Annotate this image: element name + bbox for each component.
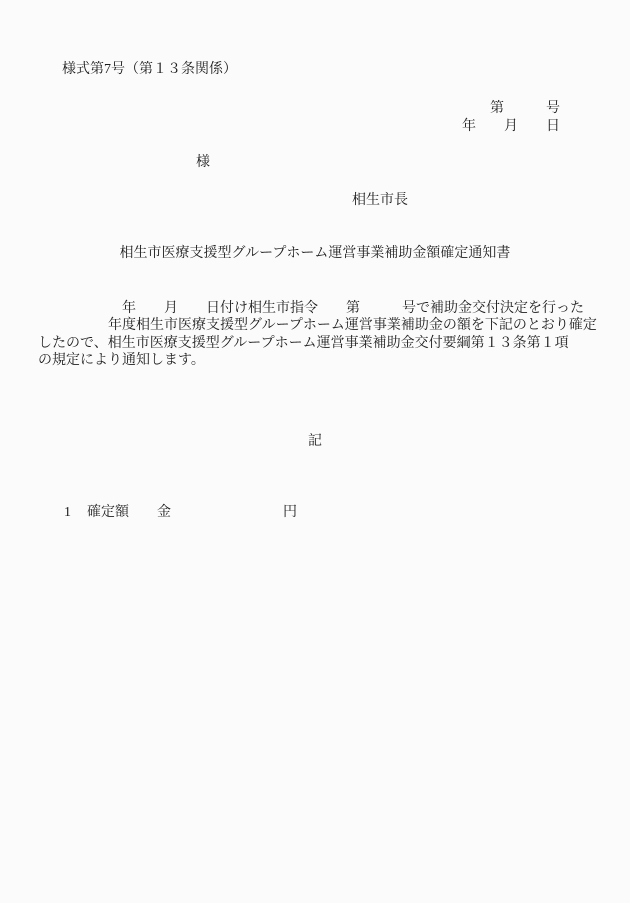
sender-title: 相生市長 [352, 192, 408, 210]
item-1-amount-suffix: 円 [283, 504, 297, 522]
body-line: の規定により通知します。 [38, 352, 205, 370]
document-title: 相生市医療支援型グループホーム運営事業補助金額確定通知書 [0, 245, 630, 263]
item-1-amount-prefix: 金 [157, 504, 171, 522]
record-marker: 記 [0, 433, 630, 451]
doc-number-line: 第 号 [490, 100, 560, 118]
form-number: 様式第7号（第１３条関係） [62, 61, 237, 79]
body-line: 年 月 日付け相生市指令 第 号で補助金交付決定を行った [38, 300, 584, 318]
item-1-label: 確定額 [87, 504, 129, 522]
body-line: 年度相生市医療支援型グループホーム運営事業補助金の額を下記のとおり確定 [38, 317, 597, 335]
item-1-row: 1 確定額 金 円 [0, 504, 630, 522]
addressee-honorific: 様 [196, 154, 210, 172]
body-line: したので、相生市医療支援型グループホーム運営事業補助金交付要綱第１３条第１項 [38, 335, 569, 353]
date-line: 年 月 日 [462, 118, 560, 136]
document-page: 様式第7号（第１３条関係） 第 号 年 月 日 様 相生市長 相生市医療支援型グ… [0, 0, 630, 903]
item-1-number: 1 [64, 504, 71, 522]
